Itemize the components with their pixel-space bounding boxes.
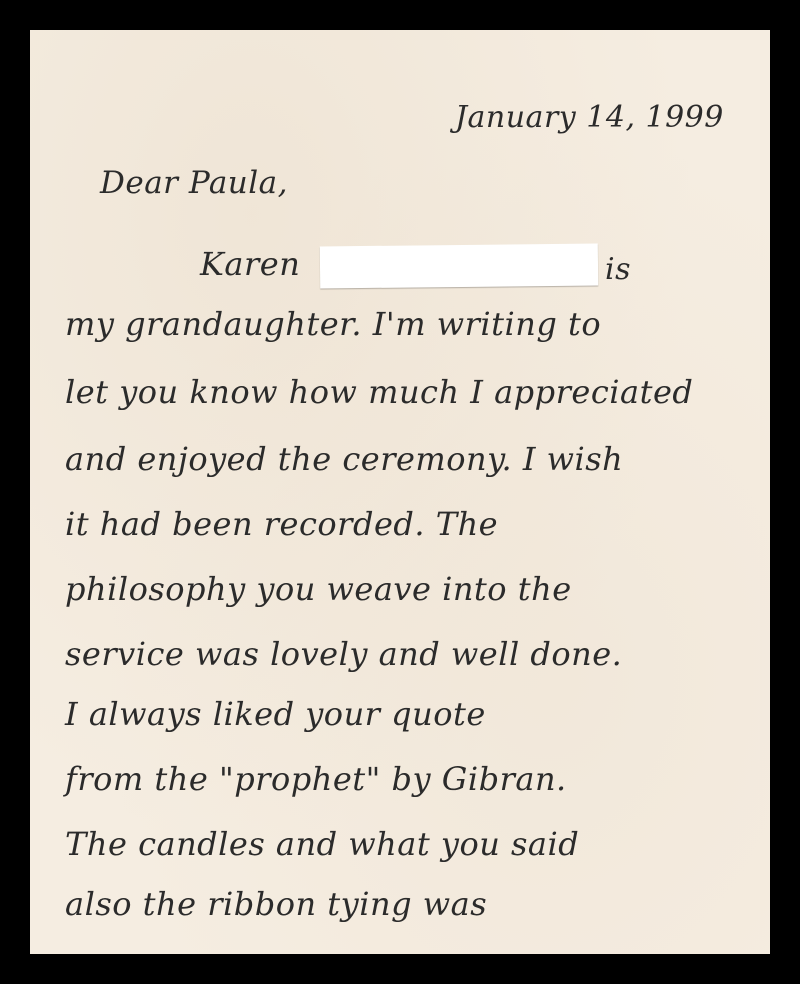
letter-line-10: The candles and what you said <box>65 825 579 863</box>
letter-line-3: let you know how much I appreciated <box>65 373 693 411</box>
letter-line-7: service was lovely and well done. <box>65 635 622 673</box>
letter-line-4: and enjoyed the ceremony. I wish <box>65 440 623 478</box>
letter-line-8: I always liked your quote <box>65 695 486 733</box>
letter-line-5: it had been recorded. The <box>65 505 498 543</box>
letter-line-9: from the "prophet" by Gibran. <box>65 760 567 798</box>
redaction-strip <box>320 244 598 289</box>
letter-salutation: Dear Paula, <box>100 165 288 201</box>
letter-line-6: philosophy you weave into the <box>65 570 572 608</box>
letter-line-1-tail: is <box>605 252 631 287</box>
letter-line-2: my grandaughter. I'm writing to <box>65 305 601 343</box>
letter-paper: January 14, 1999 Dear Paula, Karen is my… <box>30 30 770 954</box>
letter-line-1: Karen <box>200 245 300 283</box>
letter-date: January 14, 1999 <box>455 100 724 135</box>
letter-line-11: also the ribbon tying was <box>65 885 487 923</box>
